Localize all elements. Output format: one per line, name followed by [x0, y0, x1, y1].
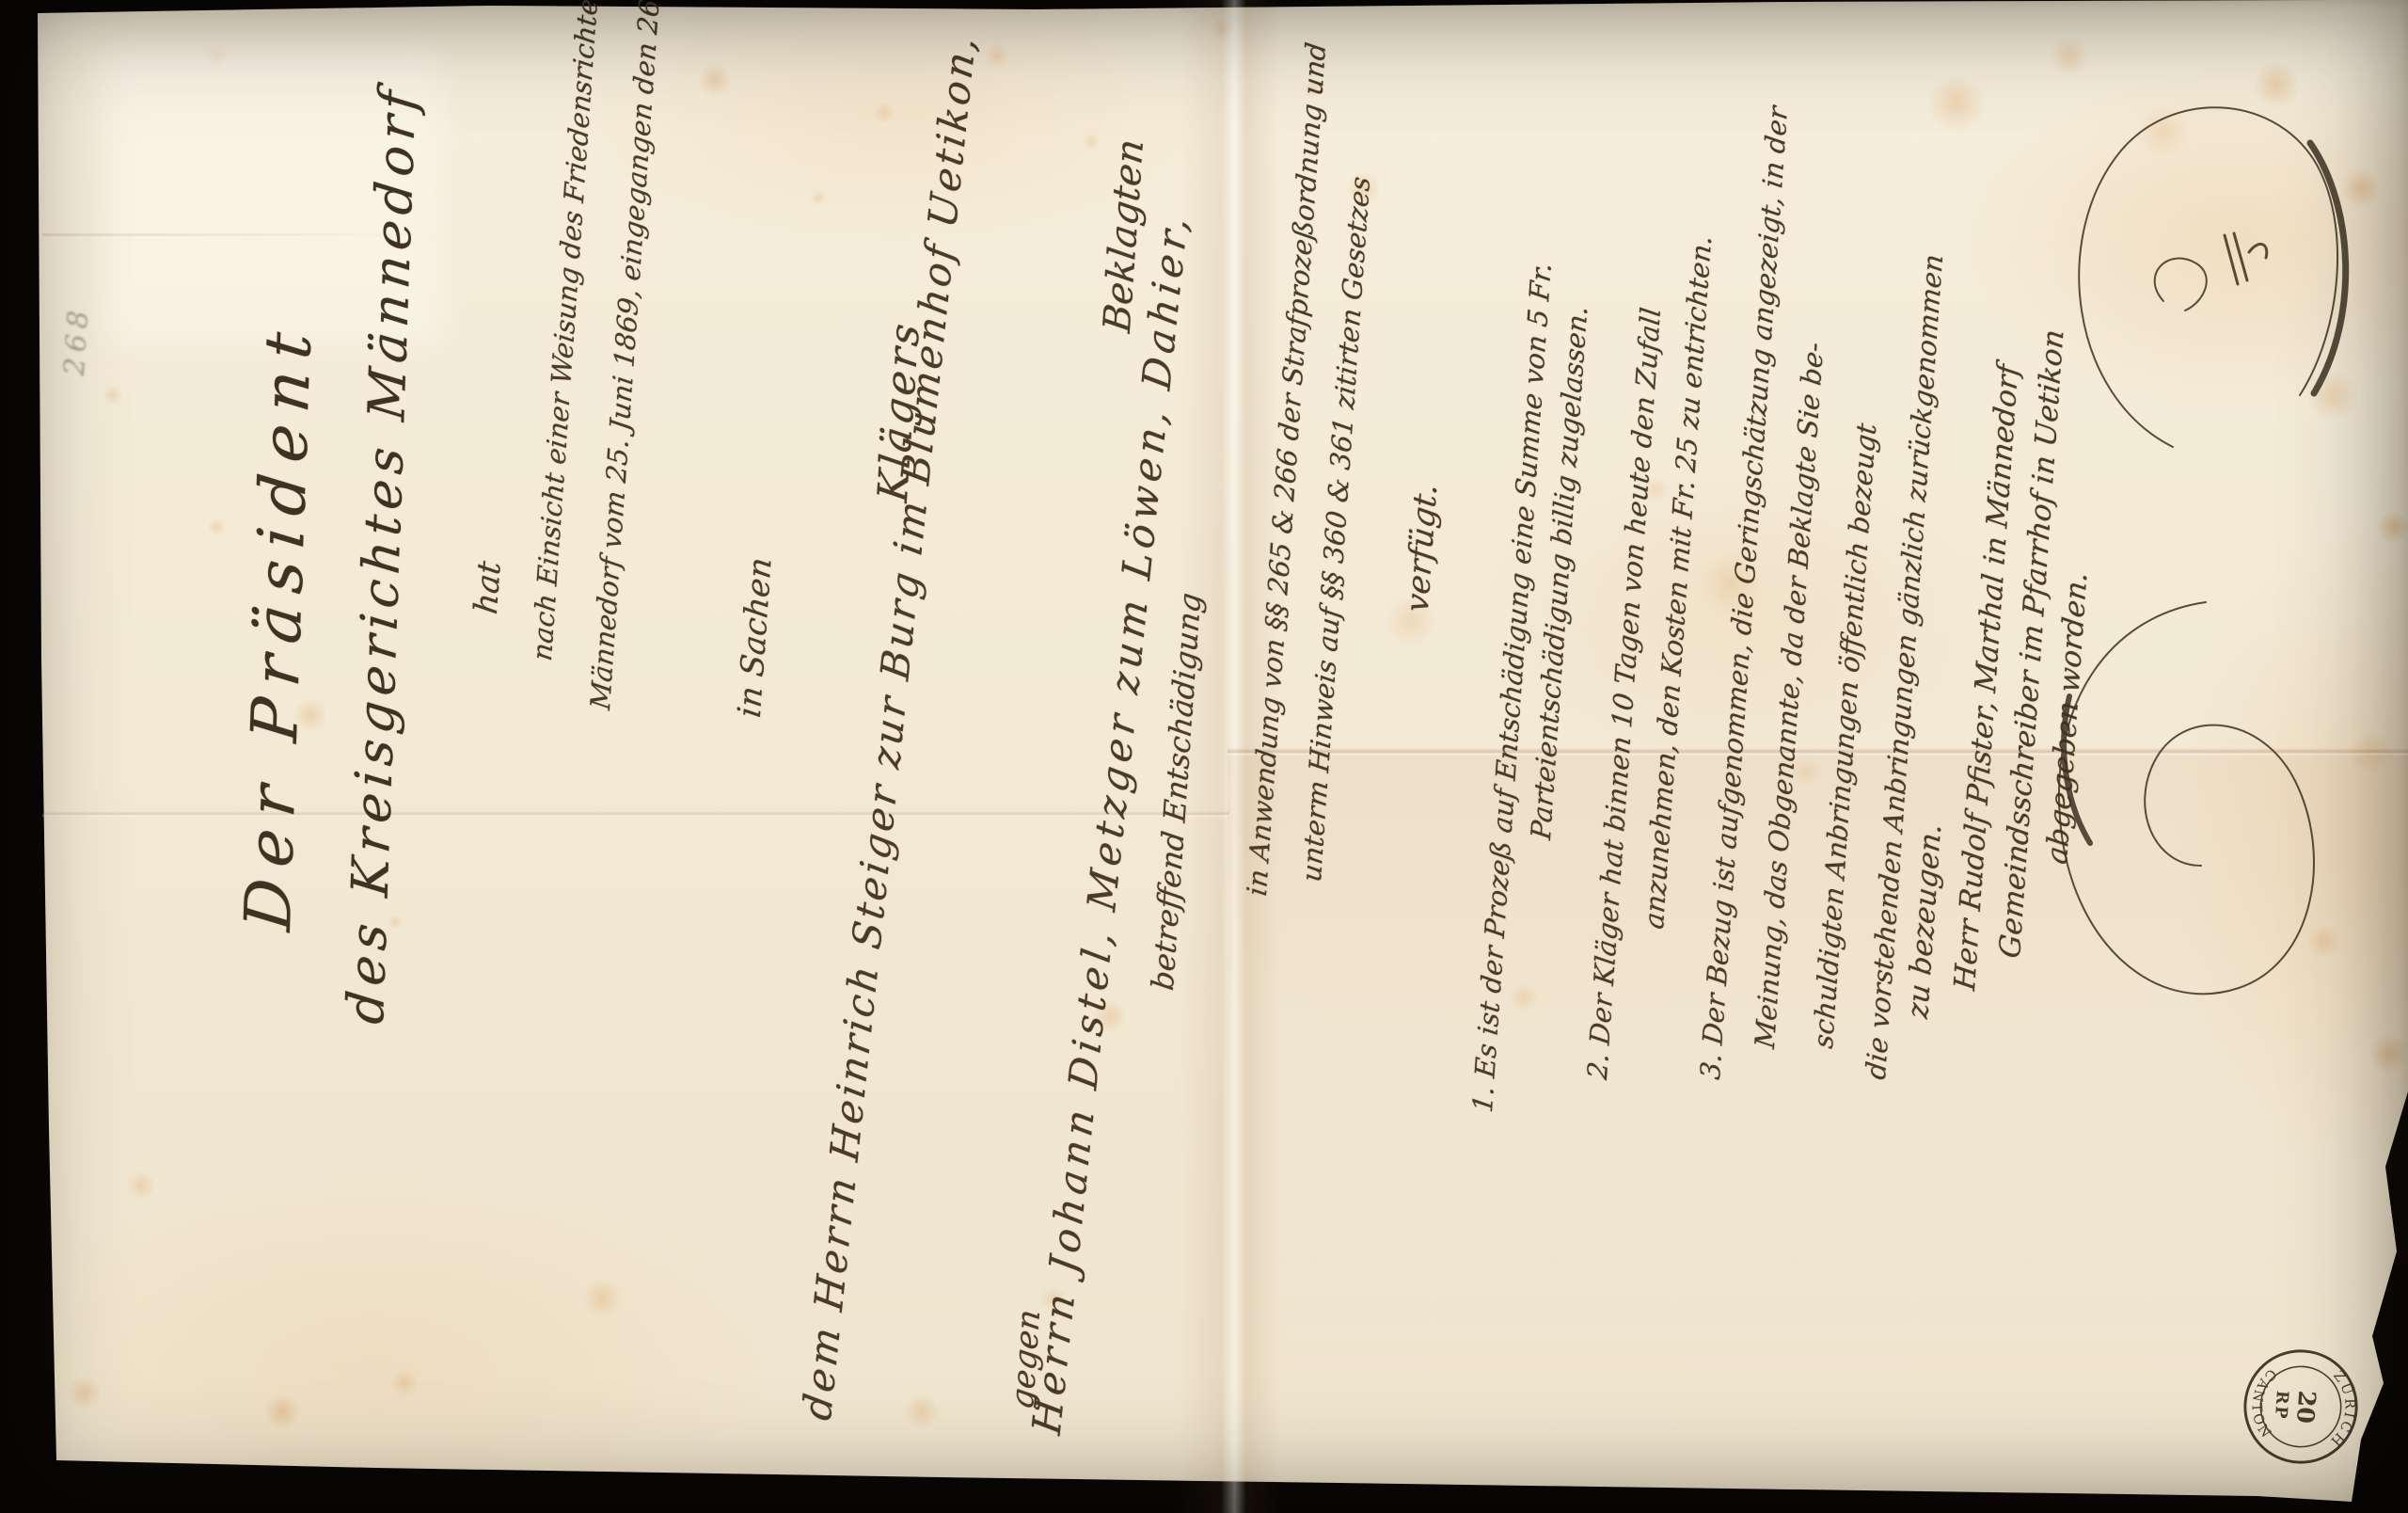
pencil-margin-note: 268: [58, 304, 96, 377]
stamp-value: 20: [2291, 1390, 2321, 1425]
doc-line: verfügt.: [1402, 482, 1442, 614]
stamp-unit: RP: [2271, 1390, 2291, 1421]
canton-zurich-stamp: ZÜRICH CANTON 20 RP: [2238, 1344, 2364, 1470]
calligraphic-paraph-icon: [2032, 85, 2389, 461]
calligraphic-initial-flourish-icon: [2022, 574, 2342, 1044]
doc-line: hat: [470, 559, 506, 615]
horizontal-fold-left: [42, 811, 1229, 818]
doc-line-plaintiff-role: Klägers: [873, 318, 927, 504]
photographed-document: 268 Der Präsident des Kreisgerichtes Män…: [0, 0, 2408, 1513]
